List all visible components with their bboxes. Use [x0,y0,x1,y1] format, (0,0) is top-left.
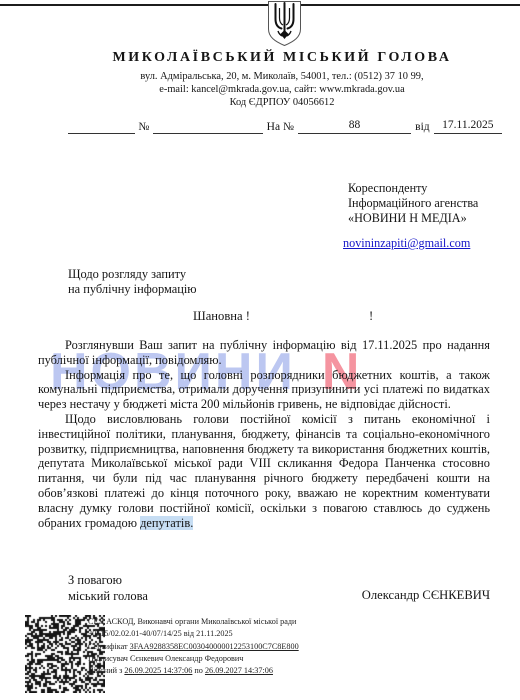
from-label: від [415,121,429,134]
letter-page: МИКОЛАЇВСЬКИЙ МІСЬКИЙ ГОЛОВА вул. Адміра… [0,0,520,700]
digital-signature-stamp: СЕД АСКОД, Виконавчі органи Миколаївсько… [88,616,299,677]
subject-line-2: на публічну інформацію [68,282,197,297]
reply-to-label: На № [267,121,294,134]
ukraine-trident-emblem [266,0,303,47]
signature-block: З повагою міський голова [68,573,148,604]
validity-from: 26.09.2025 14:37:06 [124,666,192,675]
reply-to-number: 88 [298,119,411,134]
paragraph-1: Розглянувши Ваш запит на публічну інформ… [38,338,490,368]
signer-name: Олександр СЄНКЕВИЧ [362,588,490,603]
salutation-exclamation: ! [369,309,373,324]
org-edrpou: Код ЄДРПОУ 04056612 [44,97,520,108]
signer-position: міський голова [68,589,148,605]
paragraph-3: Щодо висловлювань голови постійної коміс… [38,412,490,530]
validity-separator: по [192,666,205,675]
recipient-org-name: «НОВИНИ Н МЕДІА» [348,211,478,226]
certificate-label: Сертифікат [88,642,130,651]
org-contacts: e-mail: kancel@mkrada.gov.ua, сайт: www.… [44,84,520,95]
doc-number-date-blank [68,119,135,134]
salutation-text: Шановна ! [193,309,250,324]
recipient-block: Кореспонденту Інформаційного агенства «Н… [348,181,478,226]
certificate-value: 3FAA9288358EC003040000012253100C7C8E800 [130,642,299,651]
subject-block: Щодо розгляду запиту на публічну інформа… [68,267,197,296]
stamp-validity-line: Дійсний з 26.09.2025 14:37:06 по 26.09.2… [88,665,299,677]
stamp-signer-line: Підписувач Сєнкевич Олександр Федорович [88,653,299,665]
org-address: вул. Адміральська, 20, м. Миколаїв, 5400… [44,71,520,82]
org-title: МИКОЛАЇВСЬКИЙ МІСЬКИЙ ГОЛОВА [44,50,520,66]
validity-to: 26.09.2027 14:37:06 [205,666,273,675]
paragraph-3-text: Щодо висловлювань голови постійної коміс… [38,412,490,530]
reference-line: № На № 88 від 17.11.2025 [68,119,502,134]
number-label: № [138,121,149,134]
stamp-system-line: СЕД АСКОД, Виконавчі органи Миколаївсько… [88,616,299,628]
header-rule [0,4,520,6]
recipient-email-wrap: novininzapiti@gmail.com [343,236,470,251]
reply-to-date: 17.11.2025 [434,119,502,134]
stamp-doc-number: 30515/02.02.01-40/07/14/25 від 21.11.202… [88,628,299,640]
recipient-role: Кореспонденту [348,181,478,196]
stamp-certificate-line: Сертифікат 3FAA9288358EC0030400000122531… [88,641,299,653]
recipient-org: Інформаційного агенства [348,196,478,211]
highlighted-word: депутатів. [140,516,193,530]
doc-number-blank [153,119,262,134]
validity-prefix: Дійсний з [88,666,124,675]
letter-body: Розглянувши Ваш запит на публічну інформ… [38,338,490,530]
subject-line-1: Щодо розгляду запиту [68,267,197,282]
paragraph-2: Інформація про те, що головні розпорядни… [38,368,490,412]
recipient-email-link[interactable]: novininzapiti@gmail.com [343,236,470,250]
closing-phrase: З повагою [68,573,148,589]
